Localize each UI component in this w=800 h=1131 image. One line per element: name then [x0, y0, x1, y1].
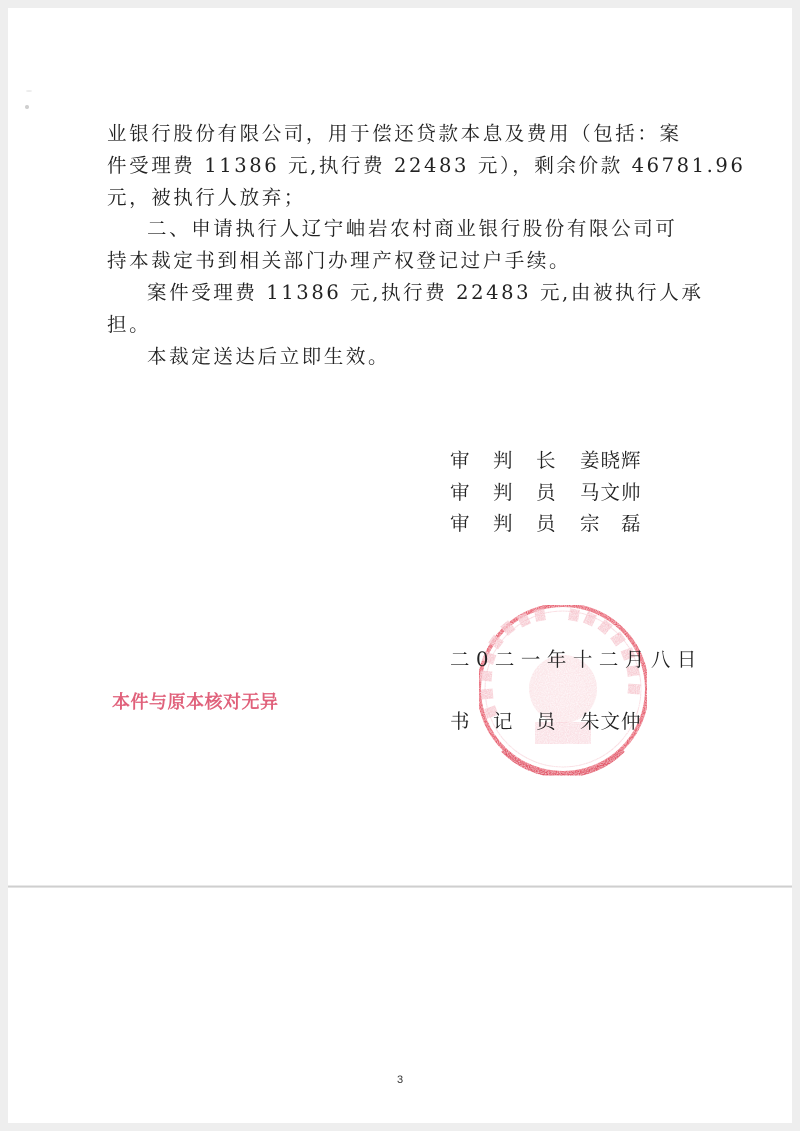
body-line: 件受理费 11386 元,执行费 22483 元），剩余价款 46781.96	[107, 150, 667, 182]
signature-title: 审 判 长	[450, 445, 580, 477]
signature-clerk: 书 记 员 朱文仲	[450, 706, 642, 734]
signature-judge: 审 判 员 宗 磊	[450, 508, 642, 540]
verification-stamp: 本件与原本核对无异	[112, 688, 279, 714]
body-line: 本裁定送达后立即生效。	[107, 341, 667, 373]
ruling-date: 二0二一年十二月八日	[450, 644, 703, 672]
signature-judge: 审 判 员 马文帅	[450, 477, 642, 509]
body-line: 担。	[107, 309, 667, 341]
signature-block: 审 判 长 姜晓辉 审 判 员 马文帅 审 判 员 宗 磊	[450, 445, 642, 540]
body-line: 二、申请执行人辽宁岫岩农村商业银行股份有限公司可	[107, 213, 667, 245]
signature-name: 宗 磊	[580, 508, 642, 540]
signature-name: 朱文仲	[580, 706, 642, 734]
body-line: 案件受理费 11386 元,执行费 22483 元,由被执行人承	[107, 277, 667, 309]
signature-title: 审 判 员	[450, 508, 580, 540]
page-break-divider	[8, 885, 792, 888]
signature-title: 书 记 员	[450, 706, 580, 734]
signature-title: 审 判 员	[450, 477, 580, 509]
body-line: 元，被执行人放弃；	[107, 182, 667, 214]
ruling-body: 业银行股份有限公司，用于偿还贷款本息及费用（包括：案 件受理费 11386 元,…	[107, 118, 667, 372]
scan-speck	[25, 105, 29, 109]
body-line: 业银行股份有限公司，用于偿还贷款本息及费用（包括：案	[107, 118, 667, 150]
signature-name: 姜晓辉	[580, 445, 642, 477]
page-number: 3	[0, 1074, 800, 1086]
signature-name: 马文帅	[580, 477, 642, 509]
scan-speck	[26, 90, 32, 92]
signature-presiding-judge: 审 判 长 姜晓辉	[450, 445, 642, 477]
body-line: 持本裁定书到相关部门办理产权登记过户手续。	[107, 245, 667, 277]
